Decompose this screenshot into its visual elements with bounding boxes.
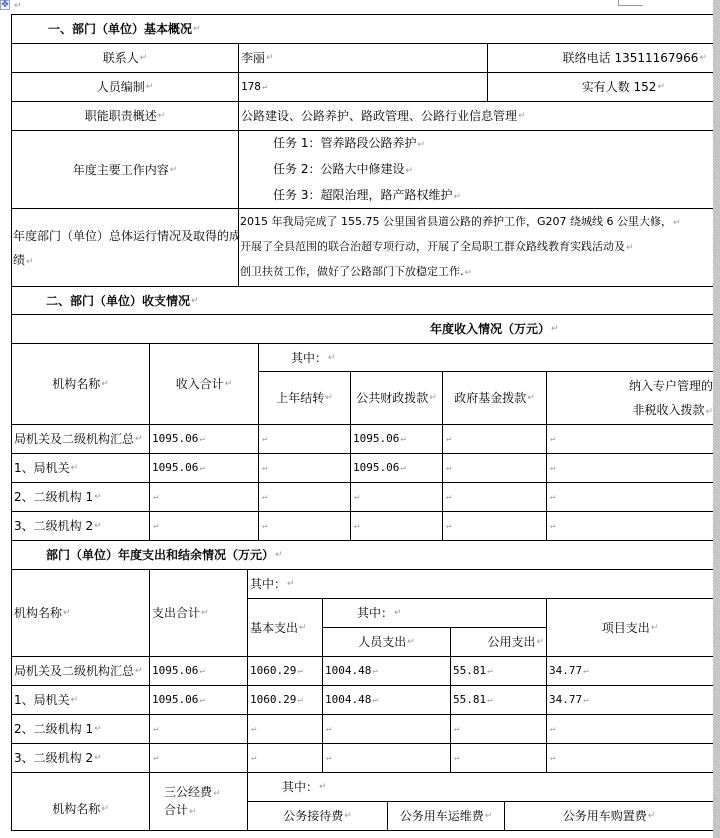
- expense-row-project[interactable]: 34.77: [547, 686, 713, 714]
- income-header-special: 纳入专户管理的 非税收入拨款: [547, 372, 713, 424]
- income-row-public-finance[interactable]: [351, 512, 442, 540]
- task-item[interactable]: 任务 1：管养路段公路养护: [273, 131, 425, 157]
- income-header-of-which: 其中：: [259, 344, 713, 371]
- expense-row-project[interactable]: [547, 715, 713, 743]
- table-move-handle-icon[interactable]: ✥: [0, 0, 10, 10]
- expense-row-basic[interactable]: 1060.29: [248, 686, 322, 714]
- expense-row-public-use[interactable]: 55.81: [451, 657, 546, 685]
- phone-text[interactable]: 联络电话 13511167966: [488, 44, 713, 72]
- income-row-prev-year[interactable]: [259, 454, 350, 482]
- expense-row-project[interactable]: [547, 744, 713, 772]
- income-row-prev-year[interactable]: [259, 512, 350, 540]
- expense-row-total[interactable]: 1095.06: [150, 686, 247, 714]
- income-header-prev-year: 上年结转: [259, 372, 350, 424]
- expense-header-public-use: 公用支出: [451, 628, 546, 656]
- main-work-label: 年度主要工作内容: [12, 131, 238, 208]
- income-header-special-line1: 纳入专户管理的: [629, 373, 713, 399]
- expense-header-basic: 基本支出: [248, 599, 322, 656]
- three-public-total-line1: 三公经费: [164, 784, 221, 802]
- staff-quota-value[interactable]: 178: [239, 73, 487, 101]
- section2-title: 二、部门（单位）收支情况: [12, 287, 712, 315]
- expense-row-total[interactable]: [150, 715, 247, 743]
- three-public-header-total: 三公经费 合计: [150, 773, 247, 830]
- duties-value[interactable]: 公路建设、公路养护、路政管理、公路行业信息管理: [239, 102, 713, 130]
- expense-row-personnel[interactable]: [323, 744, 450, 772]
- income-row-name: 3、二级机构 2: [12, 512, 149, 540]
- expense-row-public-use[interactable]: [451, 744, 546, 772]
- income-row-public-finance[interactable]: 1095.06: [351, 454, 442, 482]
- three-public-total-line2: 合计: [164, 802, 197, 820]
- expense-row-name: 3、二级机构 2: [12, 744, 149, 772]
- expense-header-of-which: 其中：: [248, 570, 713, 598]
- expense-header-of-which-inner: 其中：: [323, 599, 546, 627]
- income-row-special[interactable]: [547, 483, 713, 511]
- actual-staff-text[interactable]: 实有人数 152: [488, 73, 713, 101]
- section1-title: 一、部门（单位）基本概况: [12, 15, 712, 43]
- three-public-header-reception: 公务接待费: [248, 802, 387, 830]
- income-header-gov-fund: 政府基金拨款: [443, 372, 546, 424]
- income-row-public-finance[interactable]: 1095.06: [351, 425, 442, 453]
- income-row-total[interactable]: 1095.06: [150, 454, 258, 482]
- income-row-prev-year[interactable]: [259, 425, 350, 453]
- expense-row-basic[interactable]: 1060.29: [248, 657, 322, 685]
- income-row-total[interactable]: [150, 512, 258, 540]
- expense-row-name: 2、二级机构 1: [12, 715, 149, 743]
- income-row-gov-fund[interactable]: [443, 512, 546, 540]
- expense-row-personnel[interactable]: [323, 715, 450, 743]
- income-header-special-line2: 非税收入拨款: [632, 399, 713, 423]
- expense-row-basic[interactable]: [248, 744, 322, 772]
- page-corner-mark: [618, 0, 643, 6]
- income-header-total: 收入合计: [150, 344, 258, 424]
- expense-header-org-name: 机构名称: [12, 570, 149, 656]
- expense-row-total[interactable]: [150, 744, 247, 772]
- income-row-name: 局机关及二级机构汇总: [12, 425, 149, 453]
- income-row-public-finance[interactable]: [351, 483, 442, 511]
- income-row-gov-fund[interactable]: [443, 454, 546, 482]
- expense-row-personnel[interactable]: 1004.48: [323, 686, 450, 714]
- expense-row-name: 1、局机关: [12, 686, 149, 714]
- income-row-gov-fund[interactable]: [443, 483, 546, 511]
- expense-header-project: 项目支出: [547, 599, 713, 656]
- expense-row-personnel[interactable]: 1004.48: [323, 657, 450, 685]
- performance-line[interactable]: 创卫扶贫工作，做好了公路部门下放稳定工作.: [240, 260, 472, 285]
- three-public-header-vehicle-maintenance: 公务用车运维费: [388, 802, 504, 830]
- performance-line[interactable]: 2015 年我局完成了 155.75 公里国省县道公路的养护工作，G207 绕城…: [240, 210, 681, 235]
- income-header-public-finance: 公共财政拨款: [351, 372, 442, 424]
- task-item[interactable]: 任务 3：超限治理，路产路权维护: [273, 183, 461, 209]
- income-row-special[interactable]: [547, 512, 713, 540]
- task-list: 任务 1：管养路段公路养护 任务 2：公路大中修建设 任务 3：超限治理，路产路…: [239, 131, 713, 208]
- expense-row-public-use[interactable]: 55.81: [451, 686, 546, 714]
- expense-row-project[interactable]: 34.77: [547, 657, 713, 685]
- expense-row-name: 局机关及二级机构汇总: [12, 657, 149, 685]
- performance-label: 年度部门（单位）总体运行情况及取得的成 绩: [12, 209, 238, 286]
- income-row-gov-fund[interactable]: [443, 425, 546, 453]
- expense-row-basic[interactable]: [248, 715, 322, 743]
- duties-label: 职能职责概述: [12, 102, 238, 130]
- expense-header-personnel: 人员支出: [323, 628, 450, 656]
- income-row-total[interactable]: 1095.06: [150, 425, 258, 453]
- contact-label: 联系人: [12, 44, 238, 72]
- task-item[interactable]: 任务 2：公路大中修建设: [273, 157, 413, 183]
- three-public-header-org-name: 机构名称: [12, 773, 149, 830]
- income-row-special[interactable]: [547, 454, 713, 482]
- income-title: 年度收入情况（万元）: [430, 315, 713, 343]
- expense-row-public-use[interactable]: [451, 715, 546, 743]
- income-row-special[interactable]: [547, 425, 713, 453]
- staff-quota-label: 人员编制: [12, 73, 238, 101]
- vertical-scrollbar[interactable]: [713, 0, 720, 838]
- expense-header-total: 支出合计: [150, 570, 247, 656]
- income-row-prev-year[interactable]: [259, 483, 350, 511]
- expense-row-total[interactable]: 1095.06: [150, 657, 247, 685]
- performance-label-line2: 绩: [13, 249, 34, 273]
- expense-title: 部门（单位）年度支出和结余情况（万元）: [12, 541, 712, 569]
- performance-label-line1: 年度部门（单位）总体运行情况及取得的成: [13, 223, 238, 249]
- income-row-total[interactable]: [150, 483, 258, 511]
- performance-line[interactable]: 开展了全县范围的联合治超专项行动，开展了全局职工群众路线教育实践活动及: [240, 235, 634, 260]
- contact-value[interactable]: 李丽: [239, 44, 487, 72]
- paragraph-mark-icon: ↵: [14, 1, 22, 11]
- three-public-header-vehicle-purchase: 公务用车购置费: [505, 802, 713, 830]
- three-public-header-of-which: 其中：: [248, 773, 713, 801]
- income-row-name: 1、局机关: [12, 454, 149, 482]
- income-row-name: 2、二级机构 1: [12, 483, 149, 511]
- performance-text: 2015 年我局完成了 155.75 公里国省县道公路的养护工作，G207 绕城…: [239, 209, 713, 286]
- income-header-org-name: 机构名称: [12, 344, 149, 424]
